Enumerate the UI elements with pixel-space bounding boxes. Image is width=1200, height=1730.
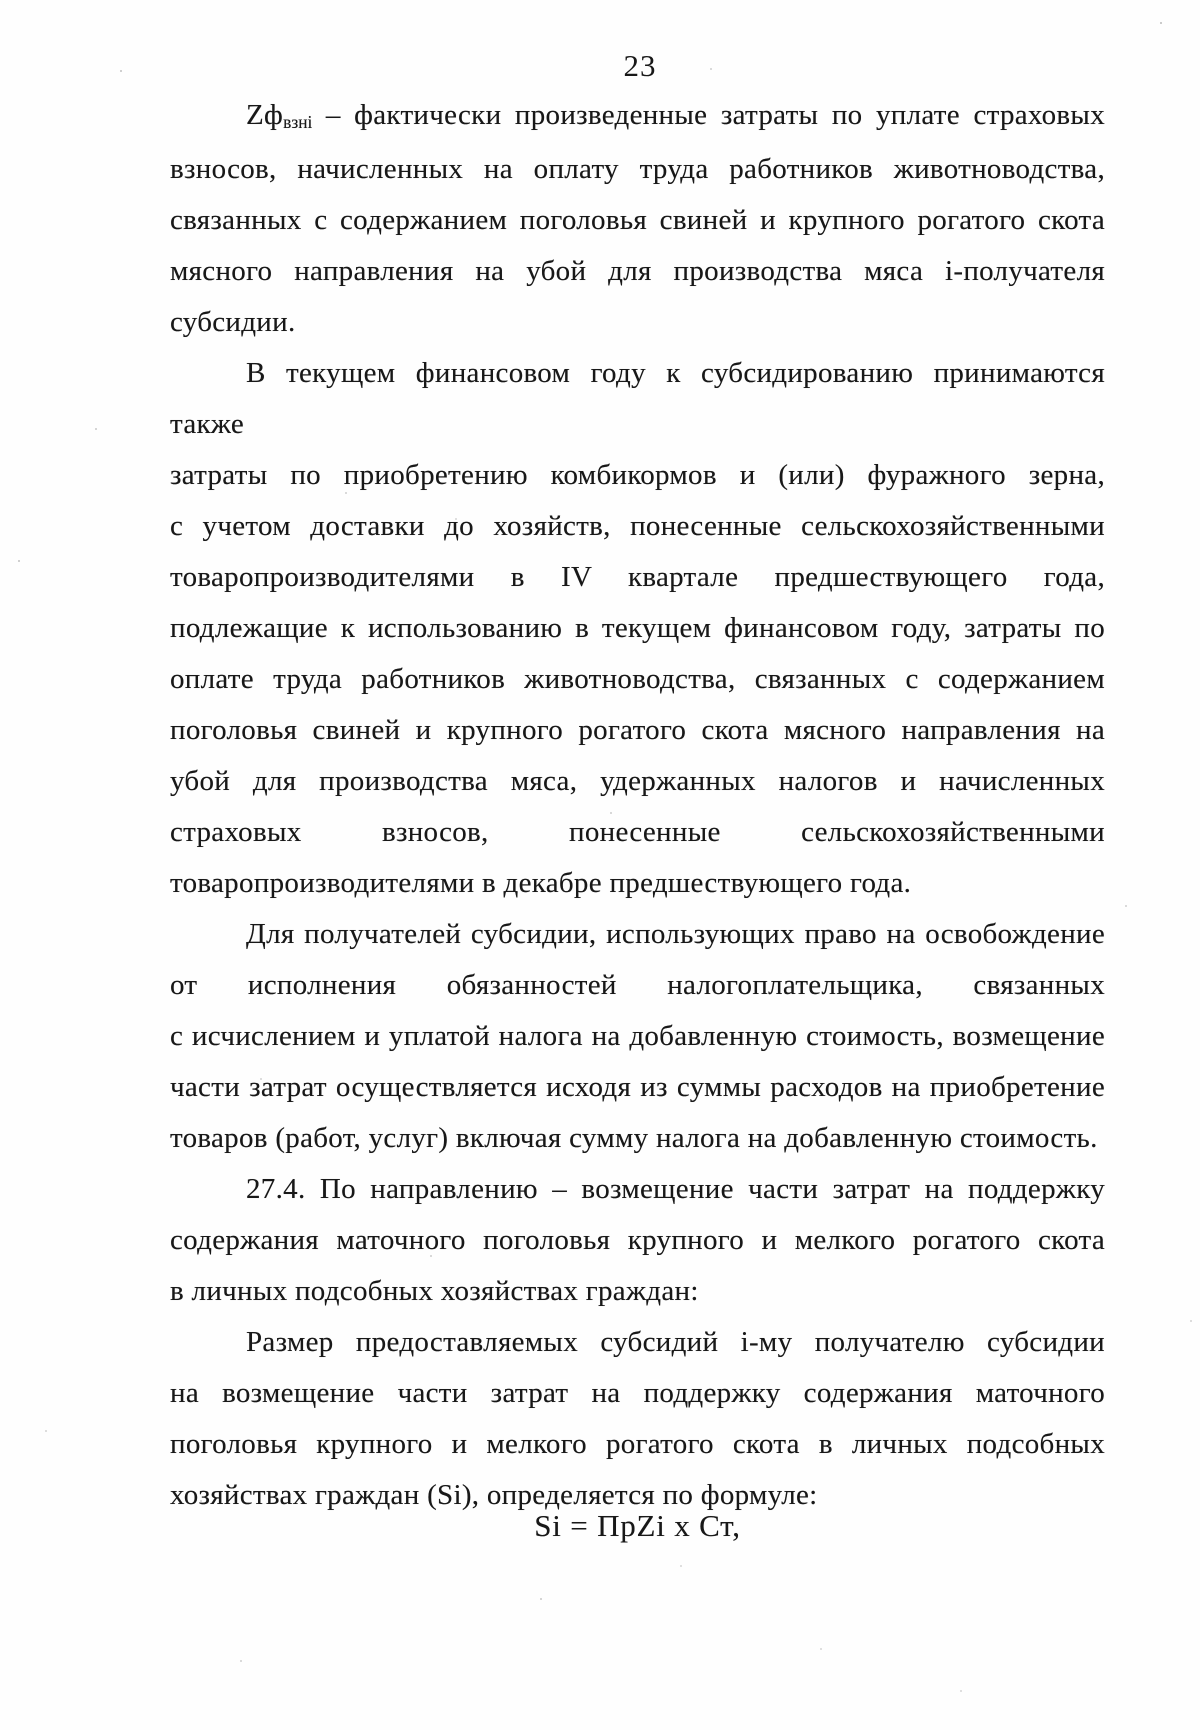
- text-line: части затрат осуществляется исходя из су…: [170, 1062, 1105, 1113]
- document-page: 23 Zфвзнi – фактически произведенные зат…: [0, 0, 1200, 1730]
- paragraph: Размер предоставляемых субсидий i-му пол…: [170, 1317, 1105, 1521]
- text-line: Размер предоставляемых субсидий i-му пол…: [170, 1317, 1105, 1368]
- text-line: от исполнения обязанностей налогоплатель…: [170, 960, 1105, 1011]
- text-line: субсидии.: [170, 297, 1105, 348]
- text-line: затраты по приобретению комбикормов и (и…: [170, 450, 1105, 501]
- text-line: в личных подсобных хозяйствах граждан:: [170, 1266, 1105, 1317]
- text-line: с исчислением и уплатой налога на добавл…: [170, 1011, 1105, 1062]
- text-line: мясного направления на убой для производ…: [170, 246, 1105, 297]
- text-line: подлежащие к использованию в текущем фин…: [170, 603, 1105, 654]
- text-line: взносов, начисленных на оплату труда раб…: [170, 144, 1105, 195]
- text-line: 27.4. По направлению – возмещение части …: [170, 1164, 1105, 1215]
- text-line: связанных с содержанием поголовья свиней…: [170, 195, 1105, 246]
- text-line: убой для производства мяса, удержанных н…: [170, 756, 1105, 807]
- page-number: 23: [560, 48, 720, 84]
- document-body: Zфвзнi – фактически произведенные затрат…: [170, 90, 1105, 1521]
- text-line: товаропроизводителями в IV квартале пред…: [170, 552, 1105, 603]
- text-line: Для получателей субсидии, использующих п…: [170, 909, 1105, 960]
- formula: Si = ПрZi х Ст,: [170, 1508, 1105, 1544]
- text-line: оплате труда работников животноводства, …: [170, 654, 1105, 705]
- text-line: поголовья свиней и крупного рогатого ско…: [170, 705, 1105, 756]
- text-line: содержания маточного поголовья крупного …: [170, 1215, 1105, 1266]
- subscript: взнi: [283, 112, 312, 132]
- text-line: Zфвзнi – фактически произведенные затрат…: [170, 90, 1105, 144]
- text-line: товаров (работ, услуг) включая сумму нал…: [170, 1113, 1105, 1164]
- text-line: В текущем финансовом году к субсидирован…: [170, 348, 1105, 450]
- paragraph: 27.4. По направлению – возмещение части …: [170, 1164, 1105, 1317]
- text-line: поголовья крупного и мелкого рогатого ск…: [170, 1419, 1105, 1470]
- text-line: с учетом доставки до хозяйств, понесенны…: [170, 501, 1105, 552]
- text-line: товаропроизводителями в декабре предшест…: [170, 858, 1105, 909]
- text-line: страховых взносов, понесенные сельскохоз…: [170, 807, 1105, 858]
- scan-noise: [0, 0, 2, 2]
- paragraph: Zфвзнi – фактически произведенные затрат…: [170, 90, 1105, 348]
- paragraph: В текущем финансовом году к субсидирован…: [170, 348, 1105, 909]
- paragraph: Для получателей субсидии, использующих п…: [170, 909, 1105, 1164]
- text-line: на возмещение части затрат на поддержку …: [170, 1368, 1105, 1419]
